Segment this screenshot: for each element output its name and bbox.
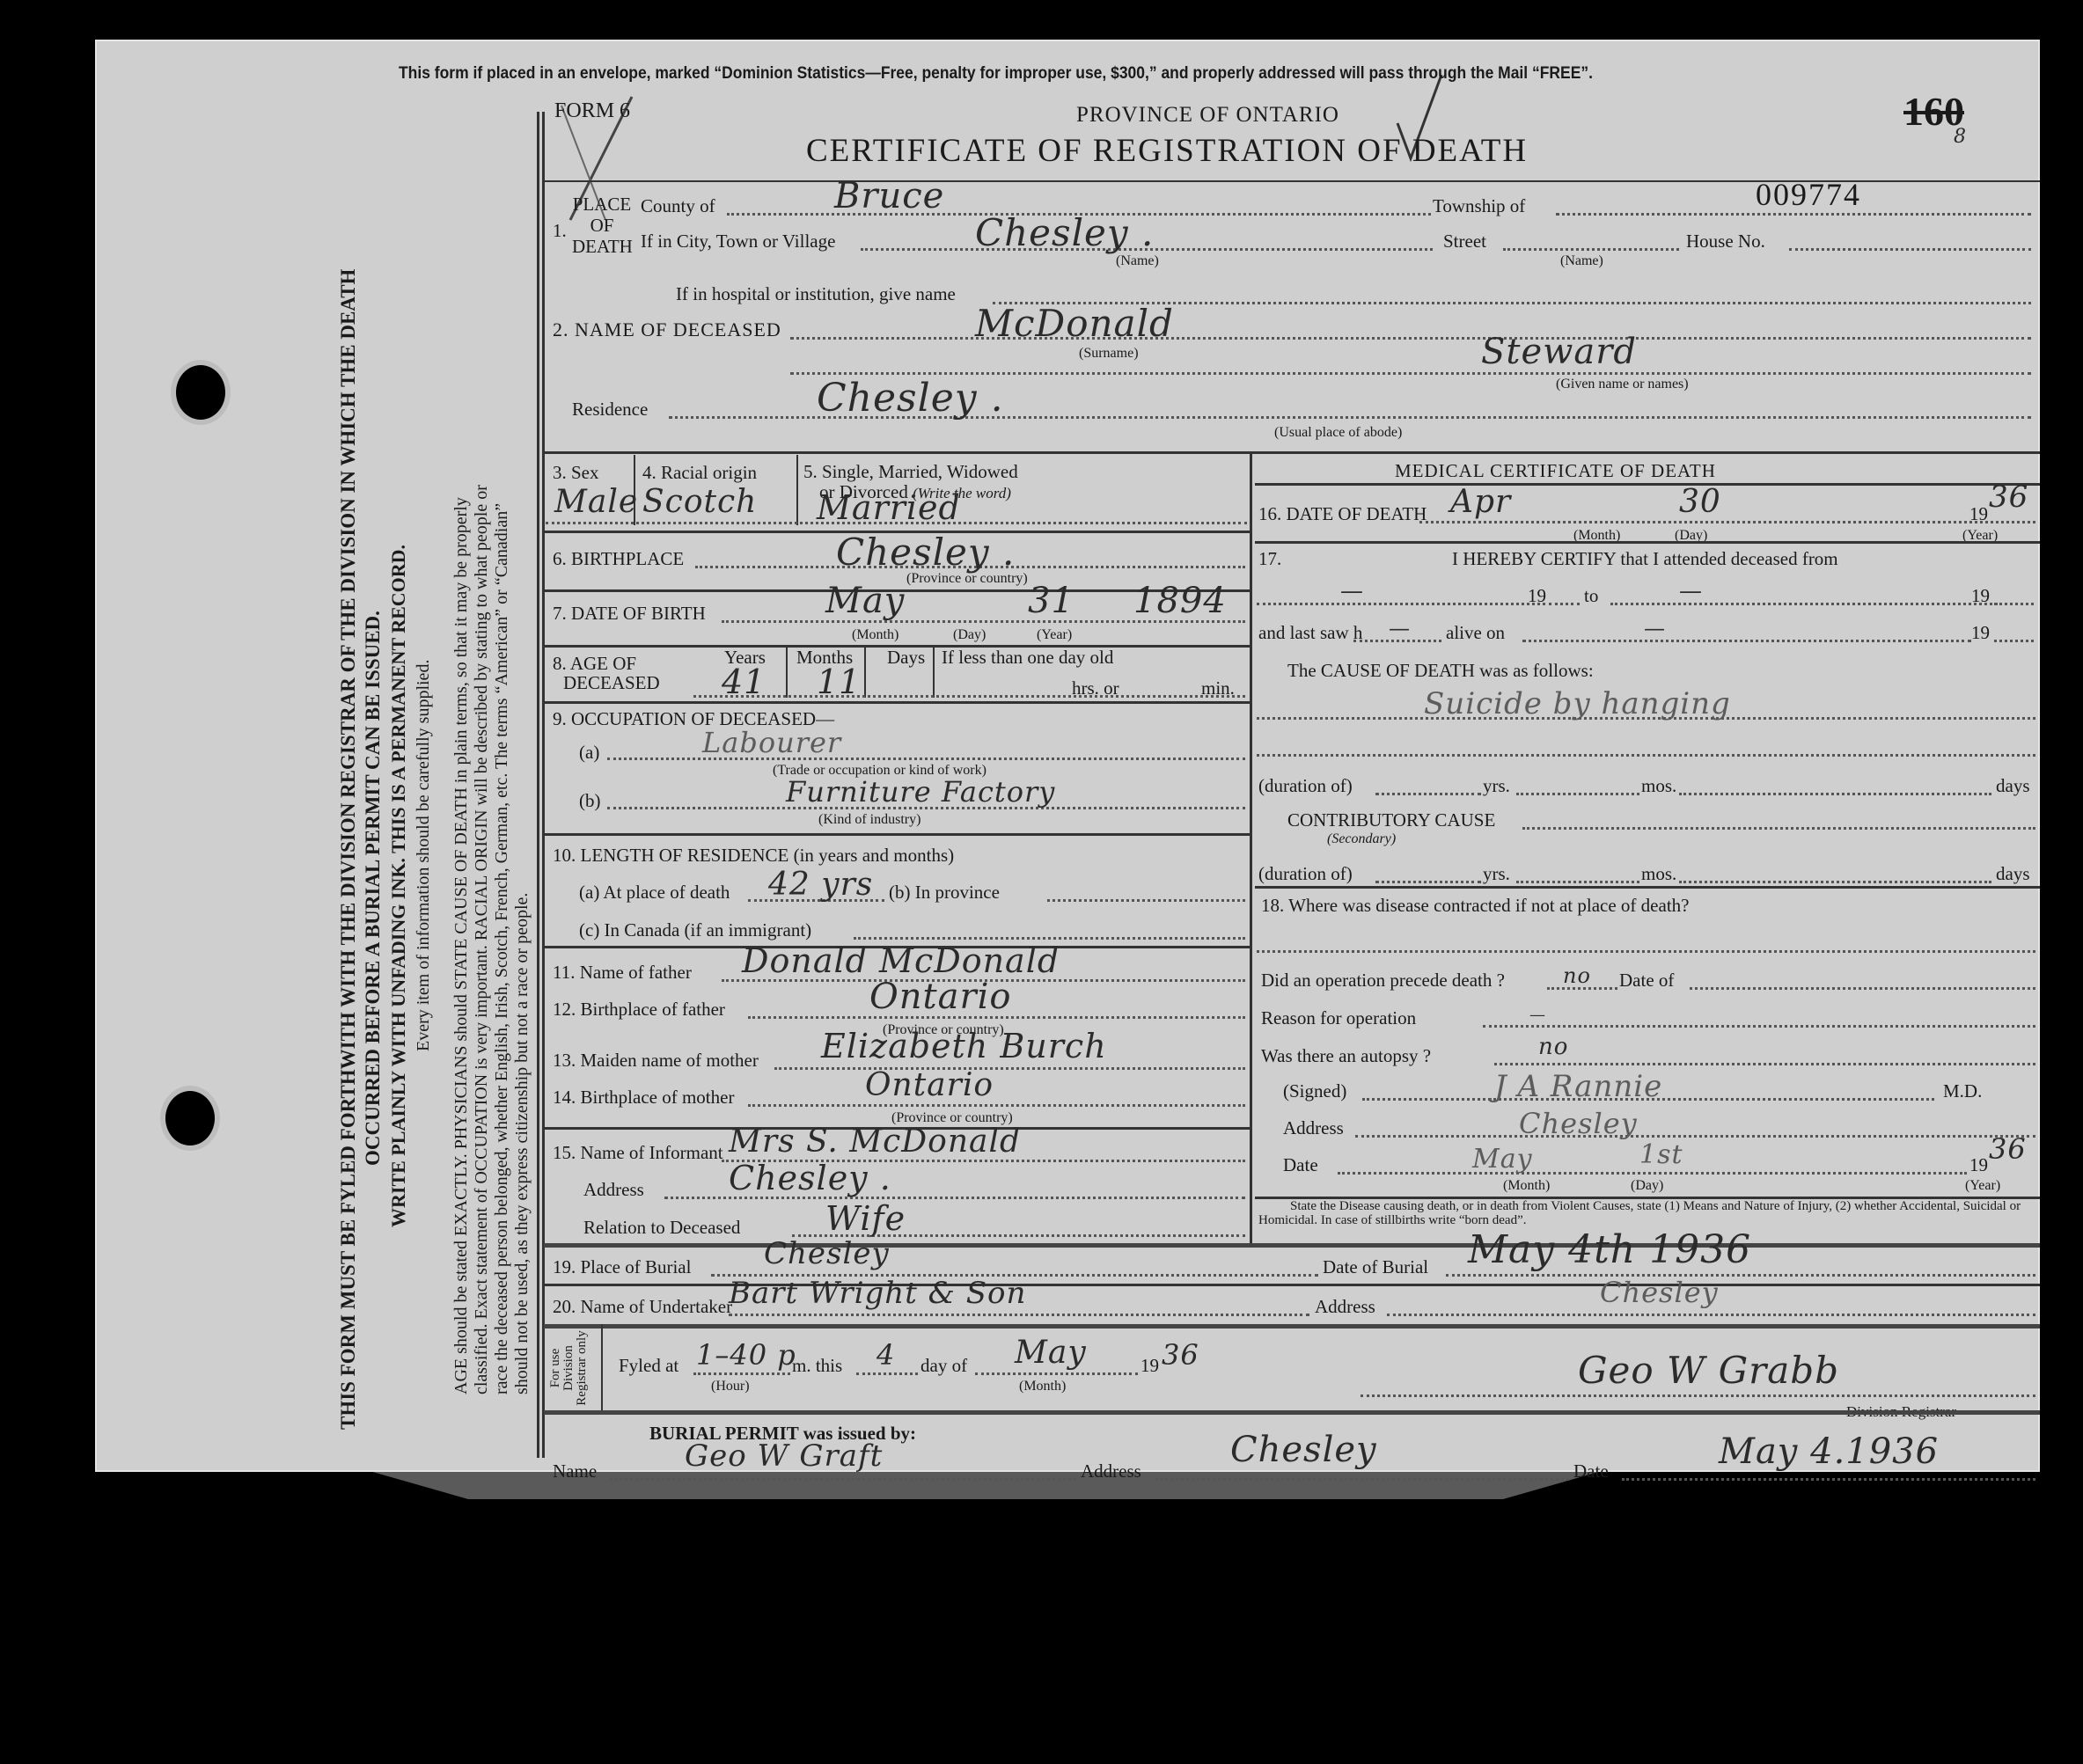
- undertaker-label: 20. Name of Undertaker: [553, 1296, 732, 1318]
- attended-to-field[interactable]: [1610, 603, 1998, 605]
- duration-1-years[interactable]: [1375, 793, 1481, 795]
- operation-label: Did an operation precede death ?: [1261, 970, 1505, 992]
- form-left-rule: [537, 112, 539, 1458]
- registrar-signature-field[interactable]: [1361, 1394, 2035, 1397]
- certificate-date-field[interactable]: [1338, 1172, 1967, 1175]
- permit-name-label: Name: [553, 1460, 597, 1482]
- alive-on-field[interactable]: [1522, 640, 1971, 642]
- fyled-day-field[interactable]: [856, 1372, 918, 1375]
- fyled-at-label: Fyled at: [619, 1355, 678, 1377]
- rule-section-top: [544, 451, 2040, 454]
- hospital-label: If in hospital or institution, give name: [676, 283, 956, 305]
- fyled-m-this: m. this: [792, 1355, 842, 1377]
- rule-top: [544, 180, 2040, 182]
- rule-medical-1: [1255, 483, 2040, 486]
- autopsy-field[interactable]: [1494, 1063, 2035, 1065]
- occupation-a-label: (a): [579, 742, 599, 764]
- months-days-divider: [864, 645, 866, 698]
- duration-1-days-label: days: [1996, 775, 2030, 797]
- burial-date-label: Date of Burial: [1323, 1256, 1428, 1278]
- dob-year: 1894: [1133, 581, 1227, 621]
- informant-name-label: 15. Name of Informant: [553, 1142, 723, 1164]
- place-of-death-label: PLACE OF DEATH: [572, 194, 632, 257]
- residence-place-label: (a) At place of death: [579, 882, 730, 904]
- operation-value: no: [1563, 963, 1591, 988]
- alive-on-year-field[interactable]: [1994, 640, 2034, 642]
- duration-1-label: (duration of): [1258, 775, 1353, 797]
- days-hours-divider: [933, 645, 935, 698]
- father-name-label: 11. Name of father: [553, 962, 692, 984]
- house-number-field[interactable]: [1789, 248, 2031, 251]
- md-label: M.D.: [1943, 1080, 1982, 1102]
- fyled-at-field[interactable]: [693, 1372, 790, 1375]
- margin-instruction-5: AGE should be stated EXACTLY. PHYSICIANS…: [451, 497, 472, 1394]
- alive-on-19: 19: [1971, 622, 1990, 644]
- attended-to-label: to: [1584, 585, 1598, 607]
- certificate-date-month-sub: (Month): [1503, 1178, 1550, 1194]
- alive-on-value: —: [1644, 616, 1666, 640]
- punch-hole-top: [176, 365, 225, 420]
- cause-of-death-label: The CAUSE OF DEATH was as follows:: [1287, 660, 1594, 682]
- fyled-day-of-label: day of: [920, 1355, 967, 1377]
- operation-date-field[interactable]: [1690, 987, 2035, 990]
- permit-name-value: Geo W Graft: [685, 1438, 883, 1474]
- residence-value: Chesley .: [817, 376, 1004, 421]
- county-value: Bruce: [834, 176, 944, 216]
- attended-to-year-field[interactable]: [1994, 603, 2034, 605]
- form-number: FORM 6: [554, 99, 630, 123]
- fyled-hour-sub: (Hour): [711, 1379, 750, 1394]
- permit-name-field[interactable]: [610, 1478, 1076, 1481]
- dob-year-sub: (Year): [1037, 627, 1072, 643]
- undertaker-address-field[interactable]: [1387, 1314, 2035, 1316]
- duration-2-days-label: days: [1996, 863, 2030, 885]
- registrar-signature: Geo W Grabb: [1578, 1349, 1839, 1392]
- racial-marital-divider: [796, 455, 798, 525]
- margin-instruction-1: THIS FORM MUST BE FYLED FORTHWITH WITH T…: [337, 269, 360, 1430]
- deceased-name-label: 2. NAME OF DECEASED: [553, 318, 781, 341]
- burial-place-label: 19. Place of Burial: [553, 1256, 691, 1278]
- duration-2-years[interactable]: [1375, 881, 1481, 883]
- rule-burial-3: [544, 1324, 2040, 1328]
- physician-address-label: Address: [1283, 1117, 1344, 1139]
- certify-number: 17.: [1258, 548, 1281, 570]
- certify-text: I HEREBY CERTIFY that I attended decease…: [1452, 548, 1838, 570]
- age-underline: [693, 695, 1245, 698]
- attended-from-year-field[interactable]: [1549, 603, 1580, 605]
- certificate-date-year-sub: (Year): [1965, 1178, 2000, 1194]
- cause-of-death-field[interactable]: [1257, 717, 2035, 720]
- certificate-date-year: 36: [1989, 1132, 2027, 1166]
- mailing-notice: This form if placed in an envelope, mark…: [399, 64, 1593, 84]
- rule-medical-2: [1255, 541, 2040, 544]
- last-saw-value: —: [1389, 616, 1411, 640]
- dod-month: Apr: [1450, 484, 1511, 520]
- fyled-day-value: 4: [876, 1338, 895, 1372]
- margin-instruction-6: classified. Exact statement of OCCUPATIO…: [472, 485, 492, 1394]
- undertaker-address-label: Address: [1315, 1296, 1375, 1318]
- burial-date-value: May 4th 1936: [1468, 1227, 1751, 1272]
- dod-label: 16. DATE OF DEATH: [1258, 503, 1427, 525]
- duration-1-yrs: yrs.: [1483, 775, 1510, 797]
- certificate-date-label: Date: [1283, 1154, 1318, 1176]
- street-label: Street: [1443, 231, 1486, 253]
- province-heading: PROVINCE OF ONTARIO: [1076, 103, 1339, 128]
- dod-field[interactable]: [1419, 521, 2035, 523]
- column-divider: [1250, 451, 1252, 1243]
- days-label: Days: [887, 647, 925, 669]
- permit-date-label: Date: [1573, 1460, 1609, 1482]
- undertaker-address-value: Chesley: [1600, 1276, 1719, 1309]
- residence-canada-field[interactable]: [854, 937, 1245, 940]
- margin-instruction-3: WRITE PLAINLY WITH UNFADING INK. THIS IS…: [387, 545, 410, 1227]
- dob-month: May: [825, 581, 905, 621]
- margin-instruction-7: race the deceased person belonged, wheth…: [492, 503, 512, 1394]
- alive-on-label: alive on: [1446, 622, 1505, 644]
- cause-of-death-field-2[interactable]: [1257, 754, 2035, 757]
- surname-value: McDonald: [975, 302, 1174, 345]
- fyled-year-prefix: 19: [1141, 1355, 1159, 1377]
- dob-label: 7. DATE OF BIRTH: [553, 603, 706, 625]
- fyled-month-value: May: [1015, 1335, 1087, 1371]
- informant-relation-label: Relation to Deceased: [583, 1217, 740, 1239]
- residence-canada-label: (c) In Canada (if an immigrant): [579, 919, 811, 941]
- mother-name-field[interactable]: [774, 1067, 1245, 1070]
- rule-row10: [544, 833, 1250, 836]
- row3-underline: [546, 522, 1247, 524]
- duration-1-days[interactable]: [1679, 793, 1991, 795]
- death-certificate-page: This form if placed in an envelope, mark…: [95, 40, 2040, 1472]
- residence-sub-label: (Usual place of abode): [1274, 425, 1402, 441]
- dob-day: 31: [1028, 581, 1075, 621]
- mother-birthplace-value: Ontario: [865, 1067, 994, 1103]
- given-names-sub-label: (Given name or names): [1556, 377, 1689, 392]
- township-label: Township of: [1433, 195, 1525, 217]
- duration-1-mos: mos.: [1641, 775, 1676, 797]
- attended-from-field[interactable]: [1257, 603, 1551, 605]
- last-saw-label: and last saw h: [1258, 622, 1362, 644]
- occupation-b-value: Furniture Factory: [786, 775, 1055, 809]
- township-field[interactable]: [1556, 213, 2031, 216]
- given-names-field[interactable]: [790, 372, 2031, 375]
- punch-hole-bottom: [165, 1091, 215, 1146]
- fyled-at-value: 1–40 p: [696, 1338, 796, 1372]
- informant-address-value: Chesley .: [729, 1159, 891, 1197]
- permit-address-value: Chesley: [1230, 1430, 1377, 1470]
- racial-origin-label: 4. Racial origin: [642, 462, 757, 484]
- dod-year: 36: [1989, 479, 2028, 515]
- age-label: 8. AGE OF DECEASED: [553, 654, 660, 692]
- occupation-a-value: Labourer: [702, 726, 841, 759]
- margin-instruction-2: OCCURRED BEFORE A BURIAL PERMIT CAN BE I…: [362, 611, 385, 1166]
- certificate-title: CERTIFICATE OF REGISTRATION OF DEATH: [806, 132, 1528, 170]
- cause-of-death-value: Suicide by hanging: [1424, 686, 1731, 721]
- mother-name-label: 13. Maiden name of mother: [553, 1050, 759, 1072]
- signed-value: J A Rannie: [1494, 1069, 1662, 1104]
- informant-name-value: Mrs S. McDonald: [729, 1124, 1021, 1160]
- city-value: Chesley .: [975, 211, 1154, 254]
- physician-address-field[interactable]: [1355, 1135, 2035, 1138]
- contributory-cause-field[interactable]: [1522, 827, 2035, 830]
- city-sub-label: (Name): [1116, 253, 1159, 269]
- permit-date-field[interactable]: [1622, 1478, 2035, 1481]
- medical-heading: MEDICAL CERTIFICATE OF DEATH: [1395, 460, 1716, 482]
- residence-length-label: 10. LENGTH OF RESIDENCE (in years and mo…: [553, 845, 954, 867]
- duration-2-days[interactable]: [1679, 881, 1991, 883]
- birthplace-sub-label: (Province or country): [906, 571, 1028, 587]
- fyled-month-field[interactable]: [975, 1372, 1138, 1375]
- attended-from-19: 19: [1528, 585, 1546, 607]
- cause-footnote: State the Disease causing death, or in d…: [1258, 1199, 2033, 1227]
- attended-to-19: 19: [1971, 585, 1990, 607]
- house-number-label: House No.: [1686, 231, 1765, 253]
- undertaker-field[interactable]: [729, 1314, 1309, 1316]
- physician-address-value: Chesley: [1519, 1107, 1638, 1140]
- sex-label: 3. Sex: [553, 462, 599, 484]
- contracted-label: 18. Where was disease contracted if not …: [1261, 895, 1689, 917]
- certificate-date-year-prefix: 19: [1969, 1154, 1988, 1176]
- operation-reason-value: —: [1529, 1006, 1546, 1024]
- birthplace-label: 6. BIRTHPLACE: [553, 548, 684, 570]
- place-item-number: 1.: [553, 220, 567, 242]
- duration-2-months[interactable]: [1516, 881, 1639, 883]
- operation-date-label: Date of: [1619, 970, 1674, 992]
- mother-birthplace-label: 14. Birthplace of mother: [553, 1087, 734, 1109]
- rule-burial-4: [544, 1410, 2040, 1415]
- contracted-field[interactable]: [1257, 950, 2035, 953]
- fyled-year-value: 36: [1162, 1338, 1199, 1372]
- residence-province-field[interactable]: [1047, 899, 1245, 902]
- operation-reason-label: Reason for operation: [1261, 1007, 1416, 1029]
- page-number-annotation: 8: [1954, 126, 1967, 148]
- certificate-date-day-sub: (Day): [1631, 1178, 1663, 1194]
- informant-address-label: Address: [583, 1179, 644, 1201]
- occupation-b-label: (b): [579, 790, 601, 812]
- dod-day: 30: [1679, 484, 1721, 520]
- attended-from-value: —: [1340, 578, 1364, 604]
- rule-medical-3: [1255, 886, 2040, 889]
- racial-origin-value: Scotch: [642, 484, 757, 520]
- county-label: County of: [641, 195, 715, 217]
- fyled-month-sub: (Month): [1019, 1379, 1066, 1394]
- city-label: If in City, Town or Village: [641, 231, 835, 253]
- contributory-cause-label: CONTRIBUTORY CAUSE: [1287, 809, 1495, 831]
- duration-2-mos: mos.: [1641, 863, 1676, 885]
- father-name-value: Donald McDonald: [742, 941, 1060, 980]
- duration-2-label: (duration of): [1258, 863, 1353, 885]
- dob-day-sub: (Day): [953, 627, 986, 643]
- permit-date-value: May 4.1936: [1719, 1431, 1939, 1472]
- informant-relation-value: Wife: [825, 1199, 906, 1238]
- mother-name-value: Elizabeth Burch: [821, 1027, 1107, 1065]
- father-birthplace-value: Ontario: [869, 977, 1011, 1017]
- burial-date-field[interactable]: [1446, 1274, 2035, 1277]
- dob-month-sub: (Month): [852, 627, 898, 643]
- margin-instruction-4: Every item of information should be care…: [414, 660, 434, 1051]
- rule-row9: [544, 701, 1250, 704]
- autopsy-value: no: [1538, 1034, 1568, 1060]
- registrar-use-label: For use Division Registrar only: [549, 1328, 589, 1408]
- duration-1-months[interactable]: [1516, 793, 1639, 795]
- birthplace-value: Chesley .: [836, 531, 1015, 574]
- surname-sub-label: (Surname): [1079, 346, 1139, 362]
- street-sub-label: (Name): [1560, 253, 1603, 269]
- occupation-b-sub: (Kind of industry): [818, 812, 920, 828]
- contributory-sub: (Secondary): [1327, 831, 1396, 847]
- certificate-date-month: May: [1472, 1144, 1533, 1175]
- attended-to-value: —: [1679, 578, 1703, 604]
- residence-place-value: 42 yrs: [768, 867, 873, 903]
- registrar-box-divider: [601, 1324, 603, 1410]
- autopsy-label: Was there an autopsy ?: [1261, 1045, 1431, 1067]
- residence-label: Residence: [572, 399, 648, 421]
- duration-2-yrs: yrs.: [1483, 863, 1510, 885]
- sex-value: Male: [554, 484, 638, 520]
- permit-address-field[interactable]: [1155, 1478, 1569, 1481]
- less-than-day-label: If less than one day old: [942, 647, 1113, 669]
- undertaker-value: Bart Wright & Son: [729, 1276, 1026, 1311]
- operation-reason-field[interactable]: [1483, 1025, 2035, 1028]
- burial-place-value: Chesley: [764, 1236, 890, 1271]
- years-months-divider: [786, 645, 788, 698]
- street-field[interactable]: [1503, 248, 1679, 251]
- margin-instruction-8: should not be used, as they express citi…: [512, 893, 532, 1394]
- dod-year-prefix: 19: [1969, 503, 1988, 525]
- form-left-rule-inner: [542, 112, 545, 1458]
- signed-label: (Signed): [1283, 1080, 1346, 1102]
- father-birthplace-label: 12. Birthplace of father: [553, 999, 725, 1021]
- given-names-value: Steward: [1481, 332, 1637, 372]
- mother-birthplace-field[interactable]: [748, 1104, 1245, 1107]
- permit-address-label: Address: [1081, 1460, 1141, 1482]
- certificate-date-day: 1st: [1639, 1139, 1683, 1170]
- residence-province-label: (b) In province: [889, 882, 1000, 904]
